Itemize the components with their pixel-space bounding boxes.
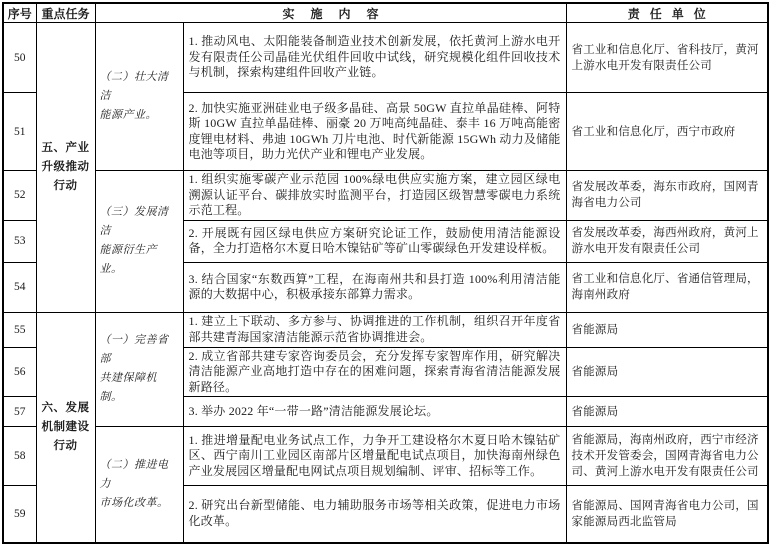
row-serial: 53 — [3, 220, 36, 262]
header-serial: 序号 — [3, 3, 36, 23]
row-unit: 省能源局 — [566, 312, 768, 347]
row-serial: 58 — [3, 427, 36, 486]
row-content: 2. 开展既有园区绿电供应方案研究论证工作，鼓励使用清洁能源设备，全力打造格尔木… — [183, 220, 566, 262]
task-group-industry-upgrade: 五、产业 升级推动 行动 — [36, 23, 95, 313]
implementation-table: 序号 重点任务 实施内容 责任单位 50 五、产业 升级推动 行动 （二）壮大清… — [2, 2, 769, 544]
row-content: 1. 建立上下联动、多方参与、协调推进的工作机制，组织召开年度省部共建青海国家清… — [183, 312, 566, 347]
row-content: 2. 加快实施亚洲硅业电子级多晶硅、高景 50GW 直拉单晶硅棒、阿特斯 10G… — [183, 93, 566, 171]
row-serial: 50 — [3, 23, 36, 93]
row-serial: 59 — [3, 486, 36, 543]
subtask-joint-guarantee-mechanism: （一）完善省部 共建保障机制。 — [95, 312, 183, 427]
row-content: 3. 结合国家“东数西算”工程，在海南州共和县打造 100%利用清洁能源的大数据… — [183, 262, 566, 312]
table-row-58: 58 （二）推进电力 市场化改革。 1. 推进增量配电业务试点工作，力争开工建设… — [3, 427, 768, 486]
row-unit: 省能源局 — [566, 397, 768, 427]
row-unit: 省能源局，海南州政府，西宁市经济技术开发管委会，国网青海省电力公司、黄河上游水电… — [566, 427, 768, 486]
row-unit: 省能源局 — [566, 347, 768, 397]
row-serial: 54 — [3, 262, 36, 312]
header-task: 重点任务 — [36, 3, 95, 23]
subtask-power-market-reform: （二）推进电力 市场化改革。 — [95, 427, 183, 543]
row-serial: 55 — [3, 312, 36, 347]
row-serial: 56 — [3, 347, 36, 397]
row-content: 2. 研究出台新型储能、电力辅助服务市场等相关政策，促进电力市场化改革。 — [183, 486, 566, 543]
subtask-clean-energy-industry: （二）壮大清洁 能源产业。 — [95, 23, 183, 171]
row-serial: 57 — [3, 397, 36, 427]
row-serial: 52 — [3, 171, 36, 221]
row-serial: 51 — [3, 93, 36, 171]
row-unit: 省发展改革委，海东市政府，国网青海省电力公司 — [566, 171, 768, 221]
row-content: 2. 成立省部共建专家咨询委员会，充分发挥专家智库作用，研究解决清洁能源产业高地… — [183, 347, 566, 397]
row-unit: 省工业和信息化厅、省科技厅，黄河上游水电开发有限责任公司 — [566, 23, 768, 93]
table-row-55: 55 六、发展 机制建设 行动 （一）完善省部 共建保障机制。 1. 建立上下联… — [3, 312, 768, 347]
table-header-row: 序号 重点任务 实施内容 责任单位 — [3, 3, 768, 23]
row-unit: 省发展改革委，海西州政府，黄河上游水电开发有限责任公司 — [566, 220, 768, 262]
row-content: 1. 组织实施零碳产业示范园 100%绿电供应实施方案，建立园区绿电溯源认证平台… — [183, 171, 566, 221]
row-content: 3. 举办 2022 年“一带一路”清洁能源发展论坛。 — [183, 397, 566, 427]
row-unit: 省工业和信息化厅、省通信管理局，海南州政府 — [566, 262, 768, 312]
header-unit: 责任单位 — [566, 3, 768, 23]
row-unit: 省能源局、国网青海省电力公司，国家能源局西北监管局 — [566, 486, 768, 543]
row-unit: 省工业和信息化厅，西宁市政府 — [566, 93, 768, 171]
subtask-derivative-industry: （三）发展清洁 能源衍生产业。 — [95, 171, 183, 313]
table-row-52: 52 （三）发展清洁 能源衍生产业。 1. 组织实施零碳产业示范园 100%绿电… — [3, 171, 768, 221]
row-content: 1. 推动风电、太阳能装备制造业技术创新发展，依托黄河上游水电开发有限责任公司晶… — [183, 23, 566, 93]
table-row-50: 50 五、产业 升级推动 行动 （二）壮大清洁 能源产业。 1. 推动风电、太阳… — [3, 23, 768, 93]
task-group-mechanism-building: 六、发展 机制建设 行动 — [36, 312, 95, 543]
header-content: 实施内容 — [95, 3, 566, 23]
row-content: 1. 推进增量配电业务试点工作，力争开工建设格尔木夏日哈木镍钴矿区、西宁南川工业… — [183, 427, 566, 486]
